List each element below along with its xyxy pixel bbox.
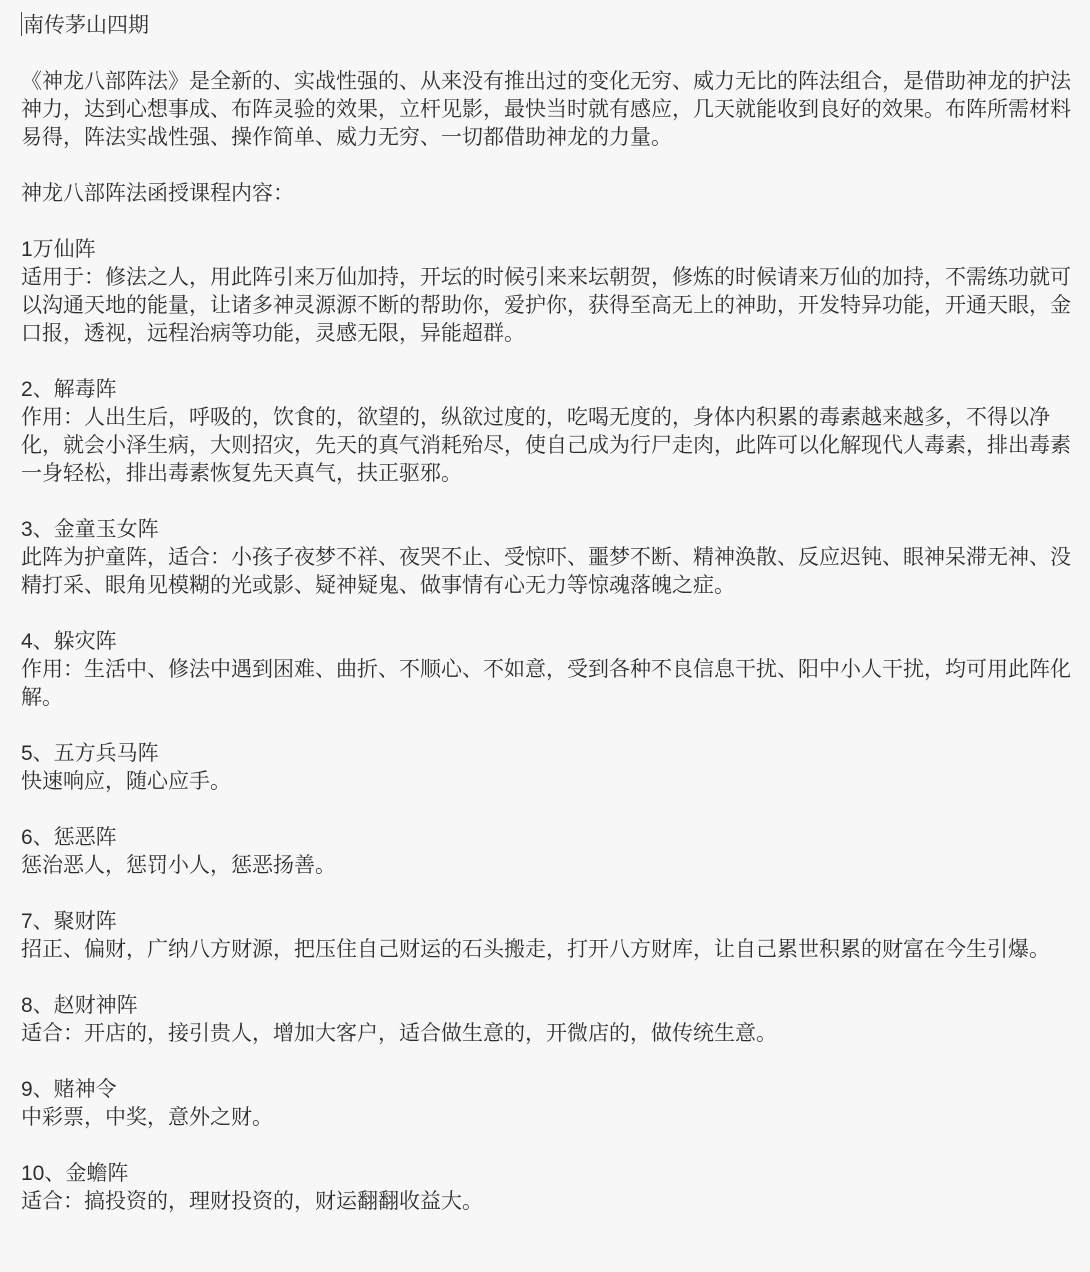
section-heading: 6、惩恶阵: [21, 824, 1072, 852]
document-title: 南传茅山四期: [23, 14, 149, 37]
section-body: 适合：搞投资的，理财投资的，财运翻翻收益大。: [21, 1188, 1072, 1216]
section-body: 中彩票，中奖，意外之财。: [21, 1104, 1072, 1132]
section-heading: 2、解毒阵: [21, 376, 1072, 404]
section-body: 招正、偏财，广纳八方财源，把压住自己财运的石头搬走，打开八方财库，让自己累世积累…: [21, 936, 1072, 964]
section-heading: 1万仙阵: [21, 236, 1072, 264]
course-section-2: 2、解毒阵 作用：人出生后，呼吸的，饮食的，欲望的，纵欲过度的，吃喝无度的，身体…: [21, 376, 1072, 488]
section-heading: 9、赌神令: [21, 1076, 1072, 1104]
section-body: 快速响应，随心应手。: [21, 768, 1072, 796]
course-contents-heading: 神龙八部阵法函授课程内容：: [21, 180, 1072, 208]
section-body: 适合：开店的，接引贵人，增加大客户，适合做生意的，开微店的，做传统生意。: [21, 1020, 1072, 1048]
text-cursor: [21, 12, 22, 36]
course-section-4: 4、躲灾阵 作用：生活中、修法中遇到困难、曲折、不顺心、不如意，受到各种不良信息…: [21, 628, 1072, 712]
section-heading: 4、躲灾阵: [21, 628, 1072, 656]
section-body: 作用：生活中、修法中遇到困难、曲折、不顺心、不如意，受到各种不良信息干扰、阳中小…: [21, 656, 1072, 712]
course-section-10: 10、金蟾阵 适合：搞投资的，理财投资的，财运翻翻收益大。: [21, 1160, 1072, 1216]
course-section-9: 9、赌神令 中彩票，中奖，意外之财。: [21, 1076, 1072, 1132]
course-section-5: 5、五方兵马阵 快速响应，随心应手。: [21, 740, 1072, 796]
section-heading: 7、聚财阵: [21, 908, 1072, 936]
section-body: 适用于：修法之人，用此阵引来万仙加持，开坛的时候引来来坛朝贺，修炼的时候请来万仙…: [21, 264, 1072, 348]
section-body: 此阵为护童阵，适合：小孩子夜梦不祥、夜哭不止、受惊吓、噩梦不断、精神涣散、反应迟…: [21, 544, 1072, 600]
section-body: 作用：人出生后，呼吸的，饮食的，欲望的，纵欲过度的，吃喝无度的，身体内积累的毒素…: [21, 404, 1072, 488]
section-heading: 10、金蟾阵: [21, 1160, 1072, 1188]
section-heading: 5、五方兵马阵: [21, 740, 1072, 768]
course-section-8: 8、赵财神阵 适合：开店的，接引贵人，增加大客户，适合做生意的，开微店的，做传统…: [21, 992, 1072, 1048]
section-heading: 3、金童玉女阵: [21, 516, 1072, 544]
section-body: 惩治恶人，惩罚小人，惩恶扬善。: [21, 852, 1072, 880]
intro-paragraph: 《神龙八部阵法》是全新的、实战性强的、从来没有推出过的变化无穷、威力无比的阵法组…: [21, 68, 1072, 152]
document-title-row: 南传茅山四期: [21, 12, 1072, 40]
document-page: 南传茅山四期 《神龙八部阵法》是全新的、实战性强的、从来没有推出过的变化无穷、威…: [0, 0, 1090, 1272]
course-section-6: 6、惩恶阵 惩治恶人，惩罚小人，惩恶扬善。: [21, 824, 1072, 880]
course-section-7: 7、聚财阵 招正、偏财，广纳八方财源，把压住自己财运的石头搬走，打开八方财库，让…: [21, 908, 1072, 964]
section-heading: 8、赵财神阵: [21, 992, 1072, 1020]
course-section-1: 1万仙阵 适用于：修法之人，用此阵引来万仙加持，开坛的时候引来来坛朝贺，修炼的时…: [21, 236, 1072, 348]
course-section-3: 3、金童玉女阵 此阵为护童阵，适合：小孩子夜梦不祥、夜哭不止、受惊吓、噩梦不断、…: [21, 516, 1072, 600]
